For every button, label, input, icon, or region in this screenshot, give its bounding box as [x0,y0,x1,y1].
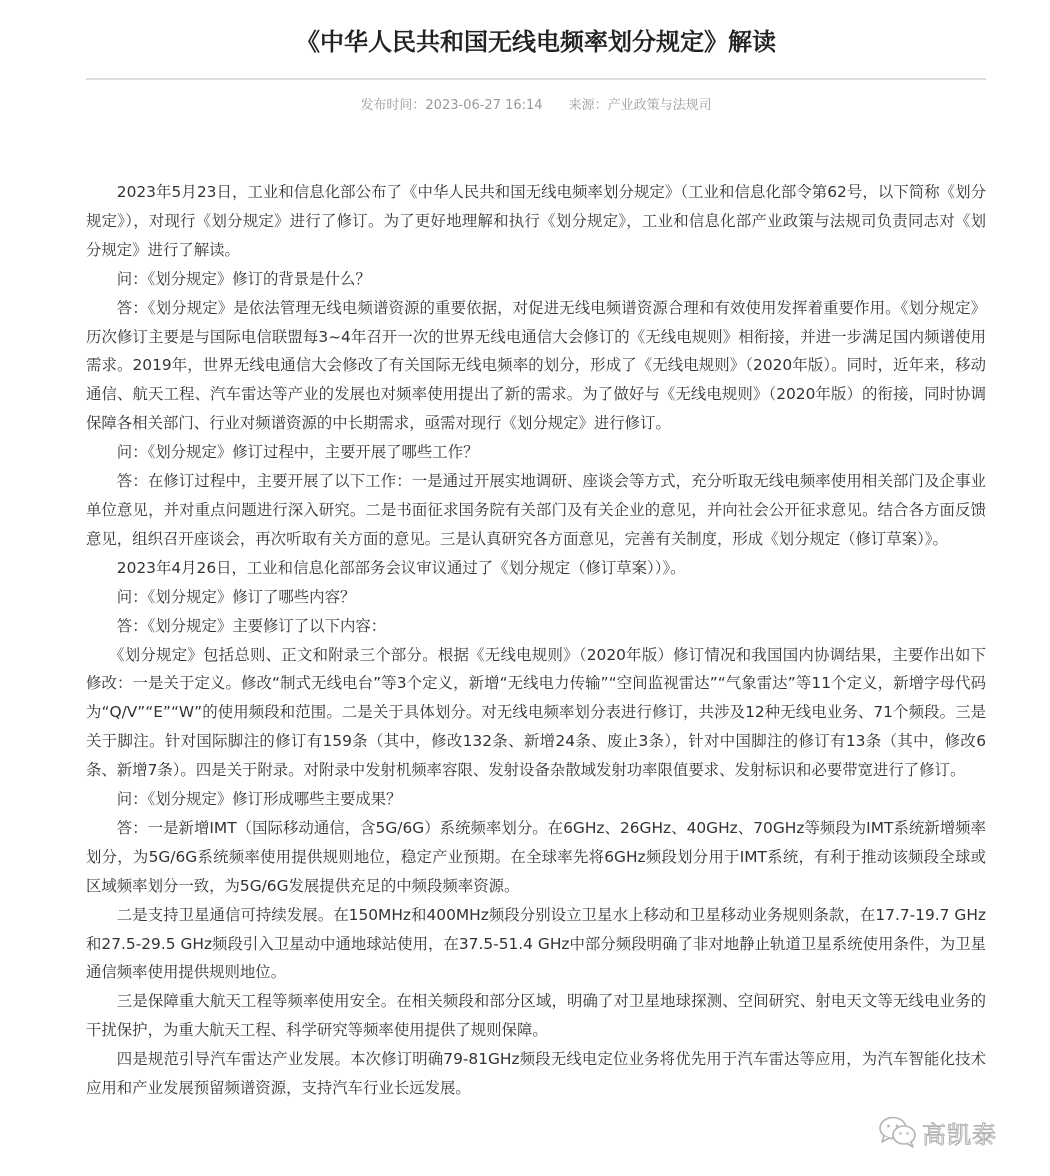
article: 《中华人民共和国无线电频率划分规定》解读 发布时间：2023-06-27 16:… [86,0,986,58]
answer-4-part-2: 二是支持卫星通信可持续发展。在150MHz和400MHz频段分别设立卫星水上移动… [86,901,986,988]
question-2: 问：《划分规定》修订过程中，主要开展了哪些工作？ [86,438,986,467]
article-body: 2023年5月23日，工业和信息化部公布了《中华人民共和国无线电频率划分规定》（… [86,178,986,1103]
publish-time: 2023-06-27 16:14 [425,98,542,113]
watermark: 高凯泰 [878,1112,997,1152]
article-title: 《中华人民共和国无线电频率划分规定》解读 [86,0,986,58]
question-3: 问：《划分规定》修订了哪些内容？ [86,583,986,612]
answer-4-part-4: 四是规范引导汽车雷达产业发展。本次修订明确79-81GHz频段无线电定位业务将优… [86,1045,986,1103]
source-label: 来源： [569,98,608,113]
answer-4-part-3: 三是保障重大航天工程等频率使用安全。在相关频段和部分区域，明确了对卫星地球探测、… [86,987,986,1045]
question-4: 问：《划分规定》修订形成哪些主要成果？ [86,785,986,814]
paragraph-approval: 2023年4月26日，工业和信息化部部务会议审议通过了《划分规定（修订草案））》… [86,554,986,583]
publish-time-label: 发布时间： [360,98,425,113]
wechat-icon [878,1115,918,1149]
answer-3: 答：《划分规定》主要修订了以下内容： [86,612,986,641]
answer-4-part-1: 答：一是新增IMT（国际移动通信，含5G/6G）系统频率划分。在6GHz、26G… [86,814,986,901]
answer-1: 答：《划分规定》是依法管理无线电频谱资源的重要依据，对促进无线电频谱资源合理和有… [86,294,986,439]
answer-2: 答：在修订过程中，主要开展了以下工作：一是通过开展实地调研、座谈会等方式，充分听… [86,467,986,554]
article-meta: 发布时间：2023-06-27 16:14来源：产业政策与法规司 [86,96,986,116]
paragraph-revisions: 《划分规定》包括总则、正文和附录三个部分。根据《无线电规则》（2020年版）修订… [86,641,986,786]
title-divider [86,78,986,80]
source: 产业政策与法规司 [608,98,712,113]
question-1: 问：《划分规定》修订的背景是什么？ [86,265,986,294]
paragraph-intro: 2023年5月23日，工业和信息化部公布了《中华人民共和国无线电频率划分规定》（… [86,178,986,265]
watermark-text: 高凯泰 [922,1115,997,1150]
